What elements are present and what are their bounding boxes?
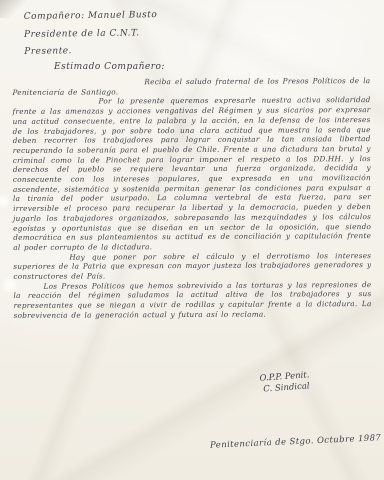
- recipient-title: Presidente de la C.N.T.: [24, 25, 158, 44]
- signature-unit: C. Sindical: [260, 381, 311, 395]
- body-paragraph: Los Presos Políticos que hemos sobrevivi…: [13, 280, 371, 321]
- recipient-presente: Presente.: [24, 42, 158, 61]
- signature-block: O.P.P. Penit. C. Sindical: [259, 370, 310, 395]
- salutation: Estimado Compañero:: [54, 62, 165, 72]
- recipient-name: Compañero: Manuel Busto: [24, 7, 158, 26]
- page-corner-shadow: [0, 0, 26, 18]
- body-paragraph: Por la presente queremos expresarle nues…: [12, 95, 371, 252]
- letter-page: Compañero: Manuel Busto Presidente de la…: [0, 0, 384, 480]
- dateline: Penitenciaría de Stgo. Octubre 1987: [210, 433, 382, 450]
- body-paragraph: Hay que poner por sobre el cálculo y el …: [13, 251, 371, 282]
- letter-body: Reciba el saludo fraternal de los Presos…: [12, 76, 371, 320]
- body-paragraph: Reciba el saludo fraternal de los Presos…: [12, 76, 370, 97]
- paper-blemish: [0, 193, 11, 209]
- recipient-block: Compañero: Manuel Busto Presidente de la…: [24, 7, 158, 61]
